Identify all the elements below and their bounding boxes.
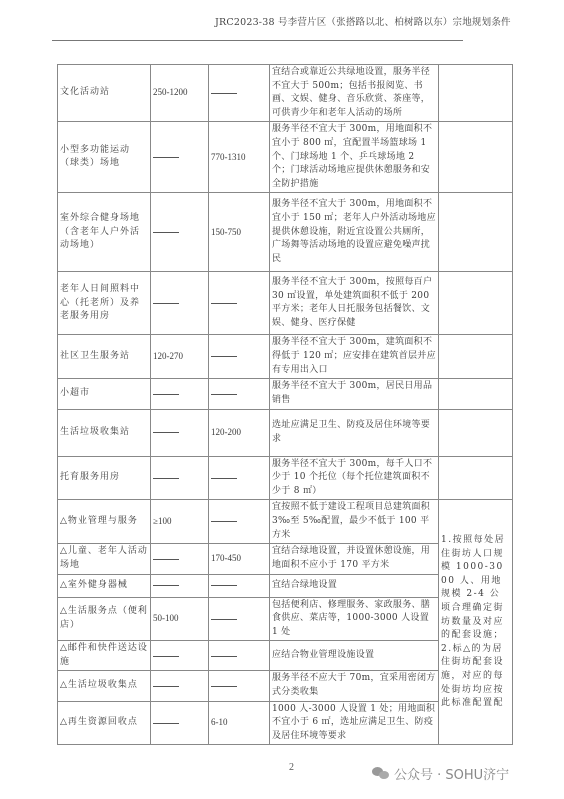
note-cell-empty [439,379,513,409]
building-area-cell [151,544,209,574]
dash-placeholder [211,686,237,687]
table-row: 托育服务用房服务半径不宜大于 300m，每千人口不少于 10 个托位（每个托位建… [58,456,513,500]
dash-placeholder [211,356,237,357]
building-area-cell [151,193,209,272]
facility-name-cell: 文化活动站 [58,65,151,122]
note-cell-empty [439,335,513,379]
note-cell-empty [439,272,513,335]
table-row: 室外综合健身场地（含老年人户外活动场地）150-750服务半径不宜大于 300m… [58,193,513,272]
building-area-cell [151,574,209,597]
land-area-cell [209,500,270,544]
table-row: △物业管理与服务≥100宜按照不低于建设工程项目总建筑面积 3‰至 5‰配置，最… [58,500,513,544]
document-header-title: JRC2023-38 号李营片区（张搭路以北、柏树路以东）宗地规划条件 [215,14,511,28]
building-area-cell [151,122,209,193]
dash-placeholder [211,619,237,620]
table-row: 老年人日间照料中心（托老所）及养老服务用房服务半径不宜大于 300m，按照每百户… [58,272,513,335]
land-area-cell [209,671,270,701]
requirement-cell: 应结合物业管理设施设置 [270,641,439,671]
table-row: 生活垃圾收集站120-200选址应满足卫生、防疫及居住环境等要求 [58,409,513,456]
building-area-cell: 250-1200 [151,65,209,122]
header-divider [52,40,463,41]
land-area-cell: 170-450 [209,544,270,574]
dash-placeholder [211,521,237,522]
page-number: 2 [289,762,294,773]
remarks-cell: 1.按照每处居住街坊人口规模 1000-3000 人、用地规模 2-4 公顷合理… [439,500,513,745]
building-area-cell [151,701,209,745]
facility-name-cell: 小型多功能运动（球类）场地 [58,122,151,193]
dash-placeholder [211,93,237,94]
dash-placeholder [153,686,179,687]
note-cell-empty [439,456,513,500]
requirement-cell: 服务半径不宜大于 300m，用地面积不宜小于 800 ㎡，宜配置半场篮球场 1 … [270,122,439,193]
requirement-cell: 服务半径不宜大于 300m，用地面积不宜小于 150 ㎡；老年人户外活动场地应提… [270,193,439,272]
wechat-icon [372,767,390,780]
requirement-cell: 服务半径不宜大于 300m，居民日用品销售 [270,379,439,409]
facility-name-cell: 小超市 [58,379,151,409]
facility-name-cell: △物业管理与服务 [58,500,151,544]
facility-name-cell: △生活服务点（便利店） [58,597,151,641]
land-area-cell [209,597,270,641]
land-area-cell: 770-1310 [209,122,270,193]
table-row: 社区卫生服务站120-270服务半径不宜大于 300m，建筑面积不得低于 120… [58,335,513,379]
dash-placeholder [211,478,237,479]
dash-placeholder [153,585,179,586]
building-area-cell: 120-270 [151,335,209,379]
table-row: 小超市服务半径不宜大于 300m，居民日用品销售 [58,379,513,409]
land-area-cell [209,379,270,409]
requirement-cell: 选址应满足卫生、防疫及居住环境等要求 [270,409,439,456]
land-area-cell [209,335,270,379]
requirement-cell: 宜结合绿地设置，并设置休憩设施，用地面积不应小于 170 平方米 [270,544,439,574]
requirement-cell: 宜按照不低于建设工程项目总建筑面积 3‰至 5‰配置，最少不低于 100 平方米 [270,500,439,544]
building-area-cell: ≥100 [151,500,209,544]
note-cell-empty [439,193,513,272]
facility-name-cell: △室外健身器械 [58,574,151,597]
land-area-cell [209,272,270,335]
land-area-cell [209,65,270,122]
requirement-cell: 服务半径不应大于 70m，宜采用密闭方式分类收集 [270,671,439,701]
building-area-cell [151,671,209,701]
facility-name-cell: 老年人日间照料中心（托老所）及养老服务用房 [58,272,151,335]
dash-placeholder [153,303,179,304]
dash-placeholder [211,303,237,304]
note-cell-empty [439,122,513,193]
dash-placeholder [153,559,179,560]
building-area-cell [151,641,209,671]
table-row: 文化活动站250-1200宜结合或靠近公共绿地设置，服务半径不宜大于 500m；… [58,65,513,122]
facility-name-cell: △再生资源回收点 [58,701,151,745]
dash-placeholder [153,232,179,233]
land-area-cell: 150-750 [209,193,270,272]
requirement-cell: 服务半径不宜大于 300m，按照每百户 30 ㎡设置，单处建筑面积不低于 200… [270,272,439,335]
requirement-cell: 服务半径不宜大于 300m，每千人口不少于 10 个托位（每个托位建筑面积不少于… [270,456,439,500]
requirement-cell: 宜结合绿地设置 [270,574,439,597]
table-row: 小型多功能运动（球类）场地770-1310服务半径不宜大于 300m，用地面积不… [58,122,513,193]
dash-placeholder [211,394,237,395]
facility-name-cell: 室外综合健身场地（含老年人户外活动场地） [58,193,151,272]
watermark-text: 公众号 · SOHU济宁 [394,764,509,783]
facility-name-cell: △儿童、老年人活动场地 [58,544,151,574]
dash-placeholder [153,723,179,724]
facility-name-cell: △邮件和快件送达设施 [58,641,151,671]
building-area-cell [151,272,209,335]
facility-name-cell: 托育服务用房 [58,456,151,500]
facility-name-cell: 社区卫生服务站 [58,335,151,379]
building-area-cell: 50-100 [151,597,209,641]
dash-placeholder [211,585,237,586]
requirement-cell: 宜结合或靠近公共绿地设置，服务半径不宜大于 500m；包括书报阅览、书画、文娱、… [270,65,439,122]
dash-placeholder [153,656,179,657]
dash-placeholder [211,656,237,657]
dash-placeholder [153,157,179,158]
facilities-table: 文化活动站250-1200宜结合或靠近公共绿地设置，服务半径不宜大于 500m；… [57,64,513,745]
building-area-cell [151,456,209,500]
land-area-cell: 6-10 [209,701,270,745]
dash-placeholder [153,478,179,479]
facility-name-cell: 生活垃圾收集站 [58,409,151,456]
requirement-cell: 1000 人-3000 人设置 1 处；用地面积不宜小于 6 ㎡，选址应满足卫生… [270,701,439,745]
requirement-cell: 包括便利店、修理服务、家政服务、膳食供应、菜店等，1000-3000 人设置 1… [270,597,439,641]
watermark: 公众号 · SOHU济宁 [372,764,509,783]
land-area-cell [209,574,270,597]
building-area-cell [151,409,209,456]
note-cell-empty [439,409,513,456]
requirement-cell: 服务半径不宜大于 300m，建筑面积不得低于 120 ㎡；应安排在建筑首层并应有… [270,335,439,379]
land-area-cell [209,456,270,500]
land-area-cell [209,641,270,671]
land-area-cell: 120-200 [209,409,270,456]
note-cell-empty [439,65,513,122]
facility-name-cell: △生活垃圾收集点 [58,671,151,701]
dash-placeholder [153,394,179,395]
dash-placeholder [153,432,179,433]
building-area-cell [151,379,209,409]
